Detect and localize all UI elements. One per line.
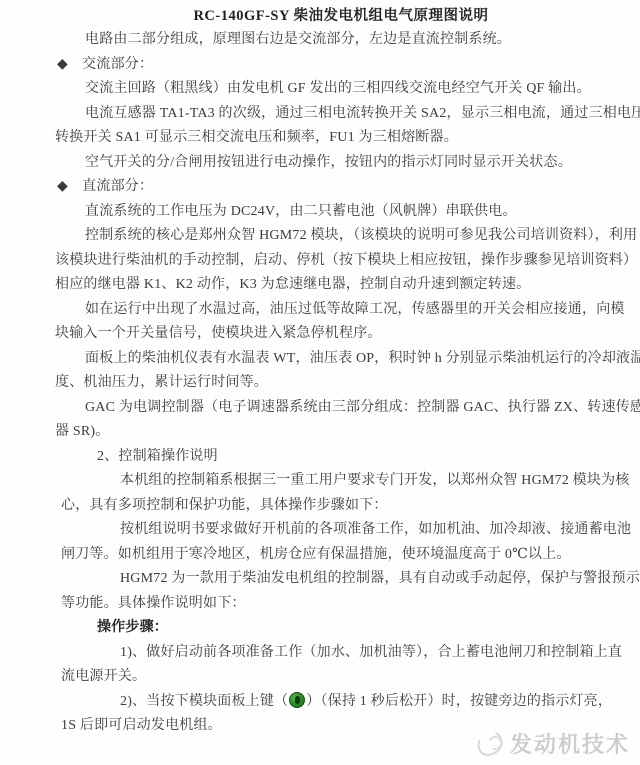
doc-line: 控制系统的核心是郑州众智 HGM72 模块，（该模块的说明可参见我公司培训资料）… — [55, 224, 632, 249]
doc-title: RC-140GF-SY 柴油发电机组电气原理图说明 — [0, 0, 640, 28]
doc-line-step2: 2)、当按下模块面板上键（）（保持 1 秒后松开）时，按键旁边的指示灯亮， — [55, 690, 632, 715]
doc-line: 器 SR)。 — [55, 420, 632, 445]
doc-line: 本机组的控制箱系根据三一重工用户要求专门开发，以郑州众智 HGM72 模块为核 — [55, 469, 632, 494]
doc-line: 电流互感器 TA1-TA3 的次级，通过三相电流转换开关 SA2，显示三相电流，… — [55, 102, 632, 127]
doc-line: GAC 为电调控制器（电子调速器系统由三部分组成：控制器 GAC、执行器 ZX、… — [55, 396, 632, 421]
doc-line: 度、机油压力，累计运行时间等。 — [55, 371, 632, 396]
doc-line: 该模块进行柴油机的手动控制，启动、停机（按下模块上相应按钮，操作步骤参见培训资料… — [55, 249, 632, 274]
document-page: RC-140GF-SY 柴油发电机组电气原理图说明 电路由二部分组成，原理图右边… — [0, 0, 640, 765]
doc-line: 如在运行中出现了水温过高，油压过低等故障工况，传感器里的开关会相应接通，向模 — [55, 298, 632, 323]
doc-line: 流电源开关。 — [55, 665, 632, 690]
section-heading-control-box: 2、控制箱操作说明 — [55, 445, 632, 470]
doc-line: 心，具有多项控制和保护功能，具体操作步骤如下： — [55, 494, 632, 519]
doc-line: 交流主回路（粗黑线）由发电机 GF 发出的三相四线交流电经空气开关 QF 输出。 — [55, 77, 632, 102]
doc-line: 1)、做好启动前各项准备工作（加水、加机油等），合上蓄电池闸刀和控制箱上直 — [55, 641, 632, 666]
bullet-dc-section: ◆ 直流部分： — [55, 175, 632, 200]
doc-line: 直流系统的工作电压为 DC24V，由二只蓄电池（风帆牌）串联供电。 — [55, 200, 632, 225]
doc-line: 空气开关的分/合闸用按钮进行电动操作，按钮内的指示灯同时显示开关状态。 — [55, 151, 632, 176]
doc-line: 转换开关 SA1 可显示三相交流电压和频率，FU1 为三相熔断器。 — [55, 126, 632, 151]
doc-line: 电路由二部分组成，原理图右边是交流部分，左边是直流控制系统。 — [55, 28, 632, 53]
doc-line: 按机组说明书要求做好开机前的各项准备工作，如加机油、加冷却液、接通蓄电池 — [55, 518, 632, 543]
doc-line: 等功能。具体操作说明如下： — [55, 592, 632, 617]
steps-heading: 操作步骤： — [55, 616, 632, 641]
bullet-ac-section: ◆ 交流部分： — [55, 53, 632, 78]
doc-line: 闸刀等。如机组用于寒冷地区，机房仓应有保温措施，使环境温度高于 0℃以上。 — [55, 543, 632, 568]
doc-line: 面板上的柴油机仪表有水温表 WT，油压表 OP，积时钟 h 分别显示柴油机运行的… — [55, 347, 632, 372]
document-body: 电路由二部分组成，原理图右边是交流部分，左边是直流控制系统。 ◆ 交流部分： 交… — [55, 28, 632, 739]
step2-text-before: 2)、当按下模块面板上键（ — [120, 694, 288, 709]
doc-line: 块输入一个开关量信号，使模块进入紧急停机程序。 — [55, 322, 632, 347]
doc-line: HGM72 为一款用于柴油发电机组的控制器，具有自动或手动起停，保护与警报预示 — [55, 567, 632, 592]
step2-text-after: ）（保持 1 秒后松开）时，按键旁边的指示灯亮， — [306, 694, 612, 709]
doc-line: 1S 后即可启动发电机组。 — [55, 714, 632, 739]
start-button-icon — [289, 692, 305, 708]
doc-line: 相应的继电器 K1、K2 动作，K3 为怠速继电器，控制自动升速到额定转速。 — [55, 273, 632, 298]
